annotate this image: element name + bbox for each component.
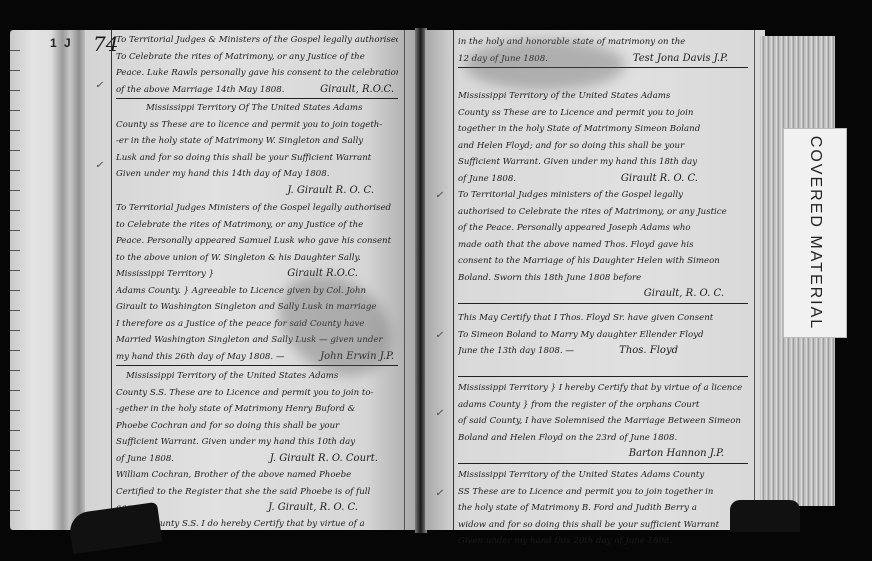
signature: Girault R. O. C. [621,171,748,188]
text-line: To Celebrate the rites of Matrimony, or … [116,49,398,66]
check-mark-icon: ✓ [435,190,443,201]
text-line: Sufficient Warrant. Given under my hand … [116,434,398,451]
text-line: of said County, I have Solemnised the Ma… [458,413,748,430]
text-line: -gether in the holy state of Matrimony H… [116,401,398,418]
text-line: Mississippi Territory Of The United Stat… [116,100,398,117]
record-entry: Mississippi Territory Of The United Stat… [116,100,398,199]
check-mark-icon: ✓ [95,80,103,91]
text-line: of the above Marriage 14th May 1808. [116,82,284,99]
text-line: consent to the Marriage of his Daughter … [458,253,748,270]
text-line: Mississippi Territory } I hereby Certify… [458,380,748,397]
text-line: of the Peace. Personally appeared Joseph… [458,220,748,237]
signature: Girault, R.O.C. [320,82,398,99]
right-page: 75 in the holy and honorable state of ma… [425,30,765,530]
record-entry: To Territorial Judges ministers of the G… [458,187,748,304]
text-line: widow and for so doing this shall be you… [458,517,748,534]
left-page: 74 To Territorial Judges & Ministers of … [85,30,415,530]
check-mark-icon: ✓ [435,408,443,419]
text-line: -er in the holy state of Matrimony W. Si… [116,133,398,150]
record-entry: Mississippi Territory of the United Stat… [116,368,398,467]
signature: J. Girault, R. O. C. [268,500,398,517]
text-line: To Territorial Judges Ministers of the G… [116,200,398,217]
text-line: County S.S. These are to Licence and per… [116,385,398,402]
check-mark-icon: ✓ [435,488,443,499]
covered-material-text: COVERED MATERIAL [806,136,824,330]
roll-label: 1 J [50,36,73,50]
text-line: together in the holy State of Matrimony … [458,121,748,138]
text-line: William Cochran, Brother of the above na… [116,467,398,484]
record-entry: Mississippi Territory of the United Stat… [458,88,748,187]
signature: J. Girault R. O. Court. [270,451,398,468]
signature: J. Girault R. O. C. [116,183,398,200]
ruled-column: To Territorial Judges & Ministers of the… [111,30,405,530]
text-line: Mississippi Territory of the United Stat… [458,467,748,484]
text-line: Lusk and for so doing this shall be your… [116,150,398,167]
text-line: made oath that the above named Thos. Flo… [458,237,748,254]
text-line: Boland and Helen Floyd on the 23rd of Ju… [458,430,748,447]
text-line: my hand this 26th day of May 1808. — [116,349,284,366]
signature: Barton Hannon J.P. [458,446,748,463]
text-line: of June 1808. [458,171,516,188]
text-line: to Celebrate the rites of Matrimony, or … [116,217,398,234]
text-line: County ss These are to Licence and permi… [458,105,748,122]
text-line: To Territorial Judges & Ministers of the… [116,32,398,49]
signature: Girault, R. O. C. [458,286,748,303]
record-entry: To Territorial Judges & Ministers of the… [116,32,398,99]
text-line: Sufficient Warrant. Given under my hand … [458,154,748,171]
signature: Test Jona Davis J.P. [633,51,748,68]
record-entry: William Cochran, Brother of the above na… [116,467,398,517]
record-entry: This May Certify that I Thos. Floyd Sr. … [458,310,748,377]
ruled-column: in the holy and honorable state of matri… [453,30,755,530]
ink-stain [465,40,625,90]
text-line: authorised to Celebrate the rites of Mat… [458,204,748,221]
text-line: Given under my hand this 20th day of Jun… [458,533,748,550]
microfilm-scan: 1 J 74 To Territorial Judges & Ministers… [0,0,872,561]
text-line: Peace. Luke Rawls personally gave his co… [116,65,398,82]
text-line: adams County } from the register of the … [458,397,748,414]
check-mark-icon: ✓ [435,330,443,341]
record-entry: To Territorial Judges Ministers of the G… [116,200,398,266]
text-line: This May Certify that I Thos. Floyd Sr. … [458,310,748,327]
text-line: To Territorial Judges ministers of the G… [458,187,748,204]
text-line: SS These are to Licence and permit you t… [458,484,748,501]
text-line: Boland. Sworn this 18th June 1808 before [458,270,748,287]
text-line: to the above union of W. Singleton & his… [116,250,398,267]
text-line: Mississippi Territory } [116,266,214,283]
text-line: Mississippi Territory of the United Stat… [458,88,748,105]
covered-material-label: COVERED MATERIAL [783,128,847,338]
text-line: June the 13th day 1808. — [458,343,574,360]
left-fore-edge [10,30,85,530]
signature: Thos. Floyd [619,343,748,360]
text-line: of June 1808. [116,451,174,468]
text-line: Certified to the Register that she the s… [116,484,398,501]
text-line: the holy state of Matrimony B. Ford and … [458,500,748,517]
page-clip [730,500,800,532]
text-line: To Simeon Boland to Marry My daughter El… [458,327,748,344]
record-entry: Mississippi Territory of the United Stat… [458,467,748,550]
text-line: Given under my hand this 14th day of May… [116,166,398,183]
text-line: County ss These are to licence and permi… [116,117,398,134]
text-line: and Helen Floyd; and for so doing this s… [458,138,748,155]
text-line: Peace. Personally appeared Samuel Lusk w… [116,233,398,250]
record-entry: Mississippi Territory } I hereby Certify… [458,380,748,464]
text-line: Phoebe Cochran and for so doing this sha… [116,418,398,435]
check-mark-icon: ✓ [95,160,103,171]
